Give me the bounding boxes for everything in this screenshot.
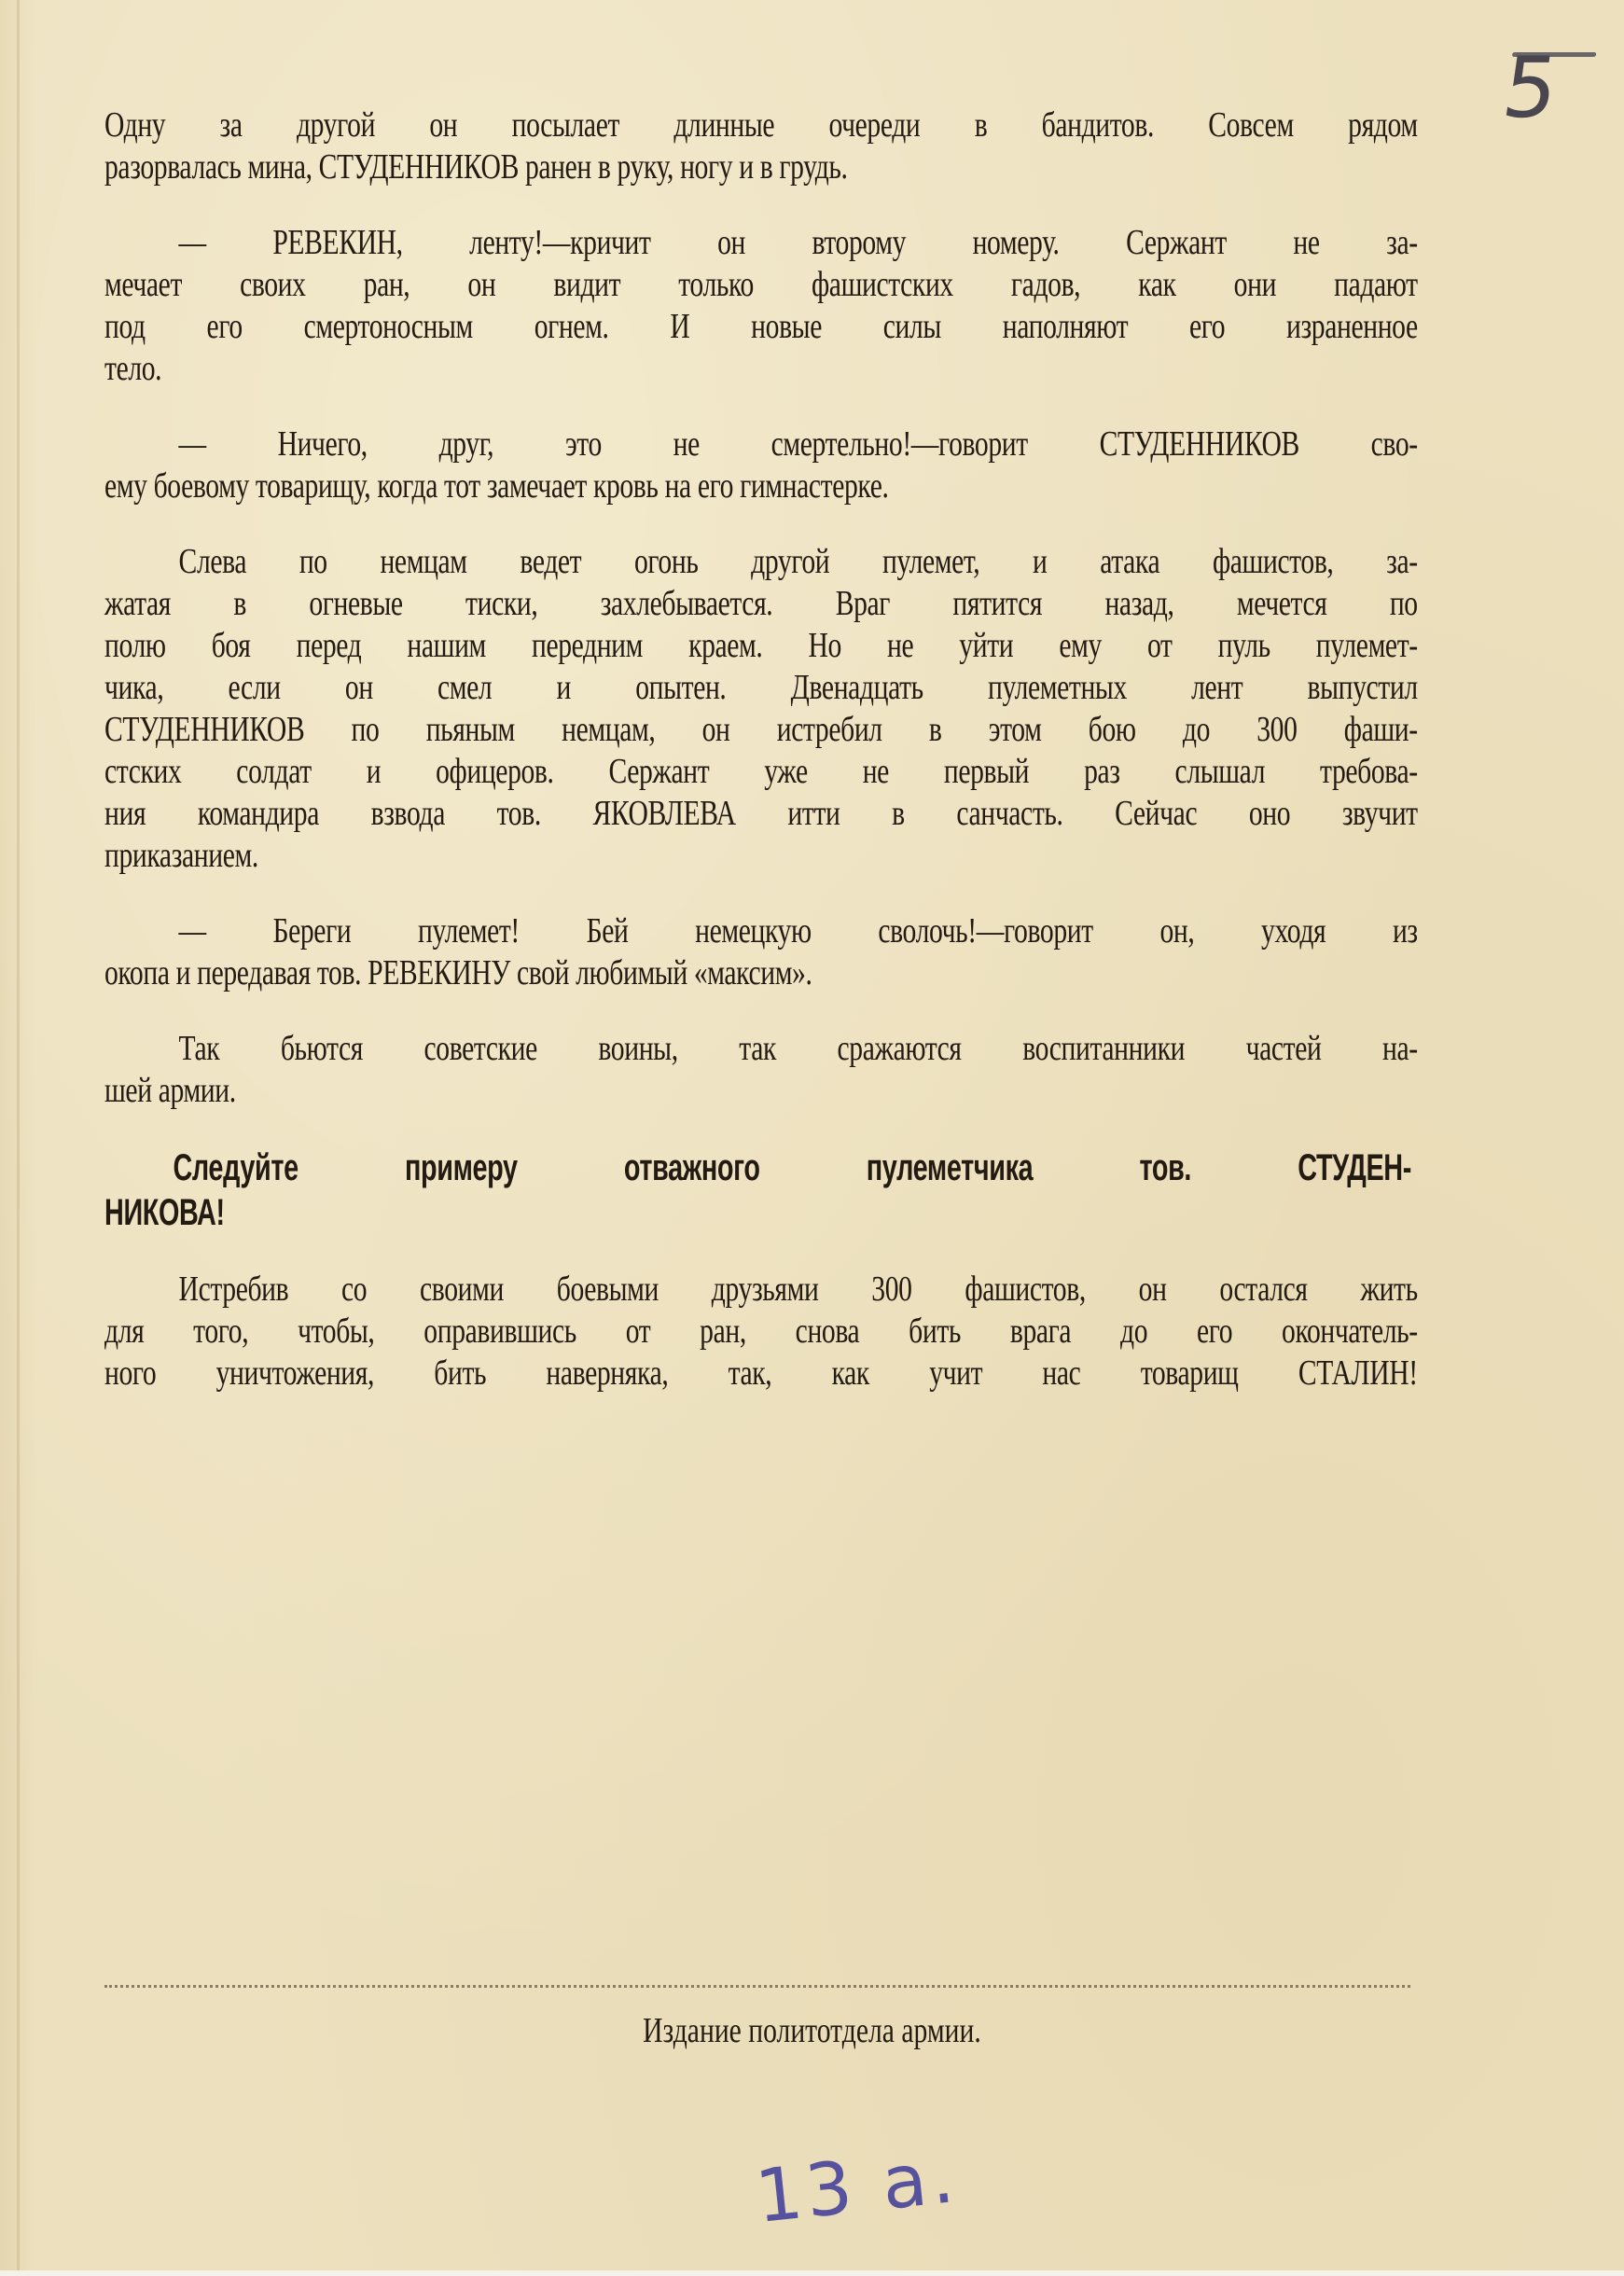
paragraph-3: — Ничего, друг, это не смертельно!—говор… bbox=[104, 423, 1420, 507]
text-line: ния командира взвода тов. ЯКОВЛЕВА итти … bbox=[104, 793, 1418, 835]
text-line: тело. bbox=[104, 348, 1418, 390]
text-line: ного уничтожения, бить наверняка, так, к… bbox=[104, 1353, 1418, 1395]
text-line: жатая в огневые тиски, захлебывается. Вр… bbox=[104, 583, 1418, 625]
paragraph-2: — РЕВЕКИН, ленту!—кричит он второму номе… bbox=[104, 222, 1420, 390]
text-line: СТУДЕННИКОВ по пьяным немцам, он истреби… bbox=[104, 709, 1418, 751]
handwritten-page-number: 5 bbox=[1498, 47, 1563, 131]
text-line: под его смертоносным огнем. И новые силы… bbox=[104, 306, 1418, 348]
scan-edge bbox=[0, 2270, 1624, 2276]
paragraph-1: Одну за другой он посылает длинные очере… bbox=[104, 104, 1420, 188]
text-line: ему боевому товарищу, когда тот замечает… bbox=[104, 465, 1418, 507]
call-to-action-heading: Следуйте примеру отважного пулеметчика т… bbox=[104, 1145, 1420, 1235]
heading-line: НИКОВА! bbox=[104, 1190, 1411, 1235]
text-line: чика, если он смел и опытен. Двенадцать … bbox=[104, 667, 1418, 709]
text-line: полю боя перед нашим передним краем. Но … bbox=[104, 625, 1418, 667]
text-line: приказанием. bbox=[104, 835, 1418, 877]
text-line: окопа и передавая тов. РЕВЕКИНУ свой люб… bbox=[104, 952, 1418, 994]
text-line: для того, чтобы, оправившись от ран, сно… bbox=[104, 1311, 1418, 1353]
heading-line: Следуйте примеру отважного пулеметчика т… bbox=[104, 1145, 1411, 1190]
text-line: шей армии. bbox=[104, 1070, 1418, 1112]
text-line: разорвалась мина, СТУДЕННИКОВ ранен в ру… bbox=[104, 146, 1418, 188]
text-line: мечает своих ран, он видит только фашист… bbox=[104, 264, 1418, 306]
paragraph-6: Так бьются советские воины, так сражаютс… bbox=[104, 1028, 1420, 1112]
publisher-text: Издание политотдела армии. bbox=[643, 2010, 981, 2051]
text-line: — РЕВЕКИН, ленту!—кричит он второму номе… bbox=[104, 222, 1418, 264]
text-line: Слева по немцам ведет огонь другой пулем… bbox=[104, 541, 1418, 583]
paragraph-4: Слева по немцам ведет огонь другой пулем… bbox=[104, 541, 1420, 877]
paper-fold bbox=[17, 0, 20, 2276]
text-line: Истребив со своими боевыми друзьями 300 … bbox=[104, 1269, 1418, 1311]
document-body: Одну за другой он посылает длинные очере… bbox=[104, 104, 1420, 1395]
handwritten-archive-number: 13 а. bbox=[752, 2135, 962, 2240]
text-line: — Ничего, друг, это не смертельно!—говор… bbox=[104, 423, 1418, 465]
publisher-footer: Издание политотдела армии. bbox=[0, 2010, 1624, 2051]
text-line: Одну за другой он посылает длинные очере… bbox=[104, 104, 1418, 146]
closing-paragraph: Истребив со своими боевыми друзьями 300 … bbox=[104, 1269, 1420, 1395]
text-line: стских солдат и офицеров. Сержант уже не… bbox=[104, 751, 1418, 793]
paragraph-5: — Береги пулемет! Бей немецкую сволочь!—… bbox=[104, 910, 1420, 994]
text-line: — Береги пулемет! Бей немецкую сволочь!—… bbox=[104, 910, 1418, 952]
text-line: Так бьются советские воины, так сражаютс… bbox=[104, 1028, 1418, 1070]
footer-divider bbox=[104, 1985, 1410, 1988]
